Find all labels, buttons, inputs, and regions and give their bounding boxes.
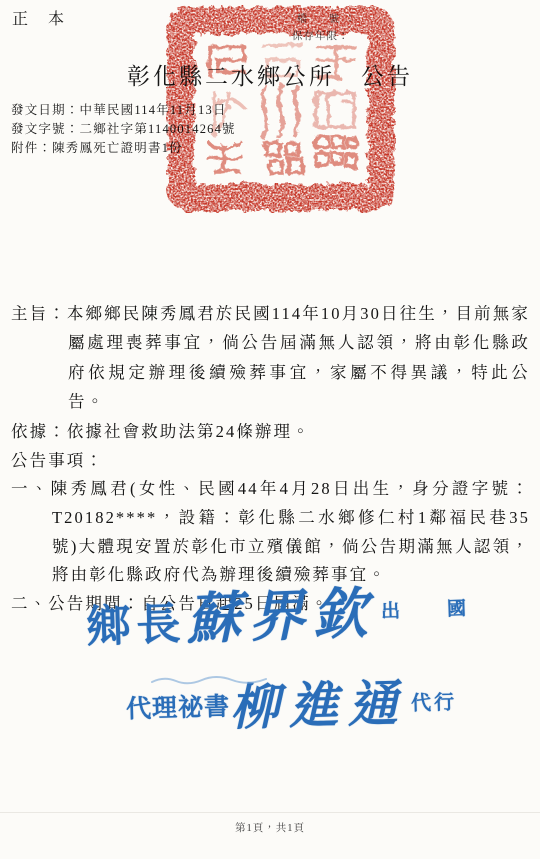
footer-divider [0,812,540,813]
attachment-line: 附件：陳秀鳳死亡證明書1份 [11,139,236,158]
deputy-acting-stamp: 代行 [411,692,458,715]
copy-type-label: 正 本 [12,6,66,29]
subject-text: 本鄉鄉民陳秀鳳君於民國114年10月30日往生，目前無家屬處理喪葬事宜，倘公告屆… [67,304,530,411]
deputy-title: 代理祕書 [126,694,231,724]
basis-text: 依據社會救助法第24條辦理。 [67,422,311,441]
mayor-title: 鄉長 [86,599,188,651]
item-number: 一、 [11,479,51,498]
retention-period-label: 保存年限： [292,28,350,43]
mayor-status-stamp: 出 國 [381,598,481,622]
mayor-name: 蘇界欽 [185,583,376,651]
basis-label: 依據： [11,422,67,441]
issue-date-line: 發文日期：中華民國114年11月13日 [11,101,236,120]
doc-number-label: 發文字號： [11,122,80,136]
announcement-document: 正 本 檔 號： 保存年限： [0,0,540,859]
file-number-label: 檔 號： [297,10,361,25]
document-meta: 發文日期：中華民國114年11月13日 發文字號：二鄉社字第1140014264… [11,101,236,158]
subject-label: 主旨： [11,304,67,323]
subject-paragraph: 主旨：本鄉鄉民陳秀鳳君於民國114年10月30日往生，目前無家屬處理喪葬事宜，倘… [11,299,530,417]
item-number: 二、 [11,594,48,613]
doc-number-value: 二鄉社字第1140014264號 [80,122,236,136]
issue-date-label: 發文日期： [11,103,80,117]
stamp-smudge [150,676,270,686]
document-title: 彰化縣二水鄉公所 公告 [0,58,540,91]
issue-date-value: 中華民國114年11月13日 [80,103,227,117]
page-number: 第1頁，共1頁 [0,820,540,835]
basis-paragraph: 依據：依據社會救助法第24條辦理。 [11,417,530,446]
attachment-label: 附件： [11,141,52,155]
doc-number-line: 發文字號：二鄉社字第1140014264號 [11,120,236,139]
items-heading: 公告事項： [11,446,530,475]
mayor-signature-stamp: 鄉長蘇界欽出 國 [85,565,482,658]
attachment-value: 陳秀鳳死亡證明書1份 [52,141,183,155]
